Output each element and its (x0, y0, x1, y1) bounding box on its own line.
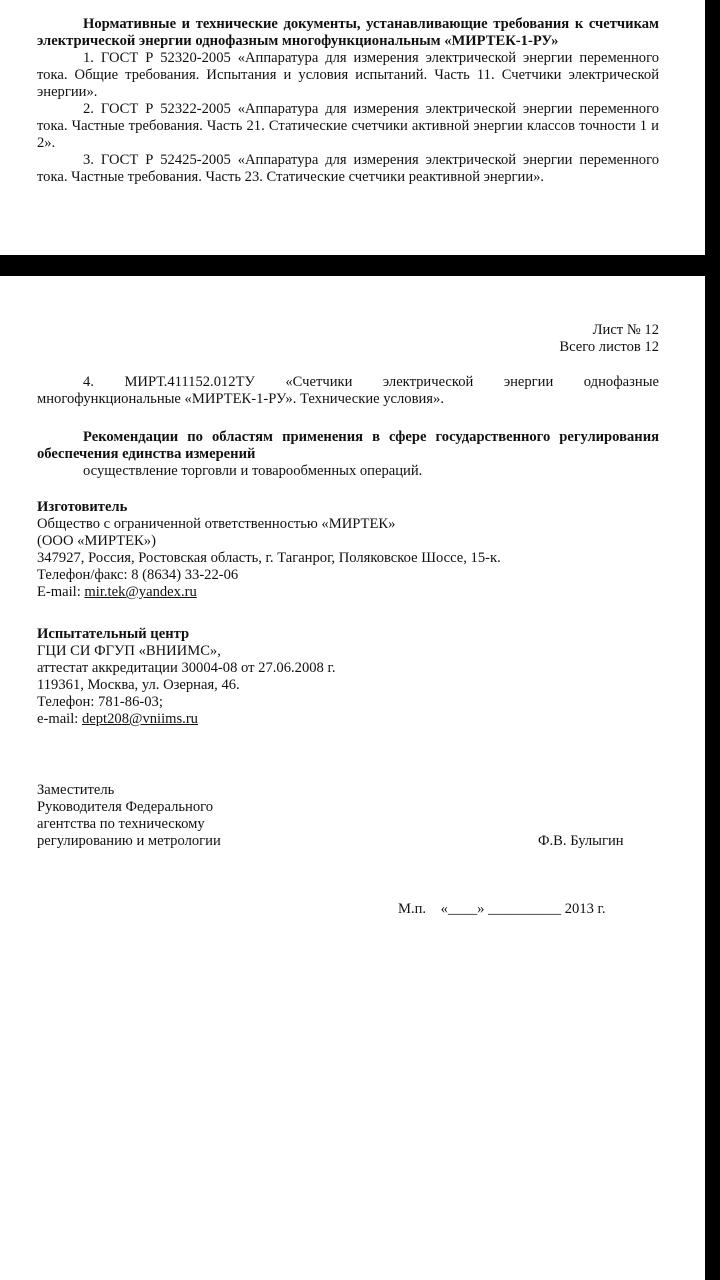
page-separator (0, 255, 720, 276)
normative-doc-item: 4. МИРТ.411152.012ТУ «Счетчики электриче… (37, 374, 659, 408)
email-label: E-mail: (37, 584, 84, 600)
manufacturer-phone: Телефон/факс: 8 (8634) 33-22-06 (37, 567, 659, 584)
test-center-section: Испытательный центр ГЦИ СИ ФГУП «ВНИИМС»… (37, 626, 659, 728)
signatory-title-line: Заместитель (37, 782, 659, 799)
test-center-name: ГЦИ СИ ФГУП «ВНИИМС», (37, 643, 659, 660)
document-page-2: Лист № 12 Всего листов 12 4. МИРТ.411152… (0, 276, 705, 1280)
signatory-title-line: Руководителя Федерального (37, 799, 659, 816)
recommendations-section: Рекомендации по областям применения в сф… (37, 429, 659, 480)
right-edge-strip (705, 0, 720, 1280)
test-center-address: 119361, Москва, ул. Озерная, 46. (37, 677, 659, 694)
recommendations-heading: Рекомендации по областям применения в сф… (37, 429, 659, 463)
manufacturer-address: 347927, Россия, Ростовская область, г. Т… (37, 550, 659, 567)
manufacturer-heading: Изготовитель (37, 499, 659, 516)
test-center-phone: Телефон: 781-86-03; (37, 694, 659, 711)
document-page-1: Нормативные и технические документы, уст… (0, 0, 705, 255)
test-center-heading: Испытательный центр (37, 626, 659, 643)
test-center-email-line: e-mail: dept208@vniims.ru (37, 711, 659, 728)
normative-doc-item-4: 4. МИРТ.411152.012ТУ «Счетчики электриче… (37, 374, 659, 408)
normative-doc-item: 2. ГОСТ Р 52322-2005 «Аппаратура для изм… (37, 101, 659, 152)
total-sheets: Всего листов 12 (37, 339, 659, 356)
normative-docs-section: Нормативные и технические документы, уст… (37, 16, 659, 186)
email-label: e-mail: (37, 711, 82, 727)
signatory-title-line: агентства по техническому (37, 816, 659, 833)
manufacturer-short-name: (ООО «МИРТЕК») (37, 533, 659, 550)
recommendations-text: осуществление торговли и товарообменных … (37, 463, 659, 480)
manufacturer-section: Изготовитель Общество с ограниченной отв… (37, 499, 659, 601)
manufacturer-email-line: E-mail: mir.tek@yandex.ru (37, 584, 659, 601)
normative-doc-item: 3. ГОСТ Р 52425-2005 «Аппаратура для изм… (37, 152, 659, 186)
normative-doc-item: 1. ГОСТ Р 52320-2005 «Аппаратура для изм… (37, 50, 659, 101)
test-center-accreditation: аттестат аккредитации 30004-08 от 27.06.… (37, 660, 659, 677)
normative-docs-heading: Нормативные и технические документы, уст… (37, 16, 659, 50)
manufacturer-name: Общество с ограниченной ответственностью… (37, 516, 659, 533)
stamp-date-line: М.п. «____» __________ 2013 г. (398, 901, 606, 918)
sheet-info: Лист № 12 Всего листов 12 (37, 322, 659, 356)
manufacturer-email-link[interactable]: mir.tek@yandex.ru (84, 584, 196, 600)
test-center-email-link[interactable]: dept208@vniims.ru (82, 711, 198, 727)
sheet-number: Лист № 12 (37, 322, 659, 339)
signatory-name: Ф.В. Булыгин (538, 833, 624, 850)
